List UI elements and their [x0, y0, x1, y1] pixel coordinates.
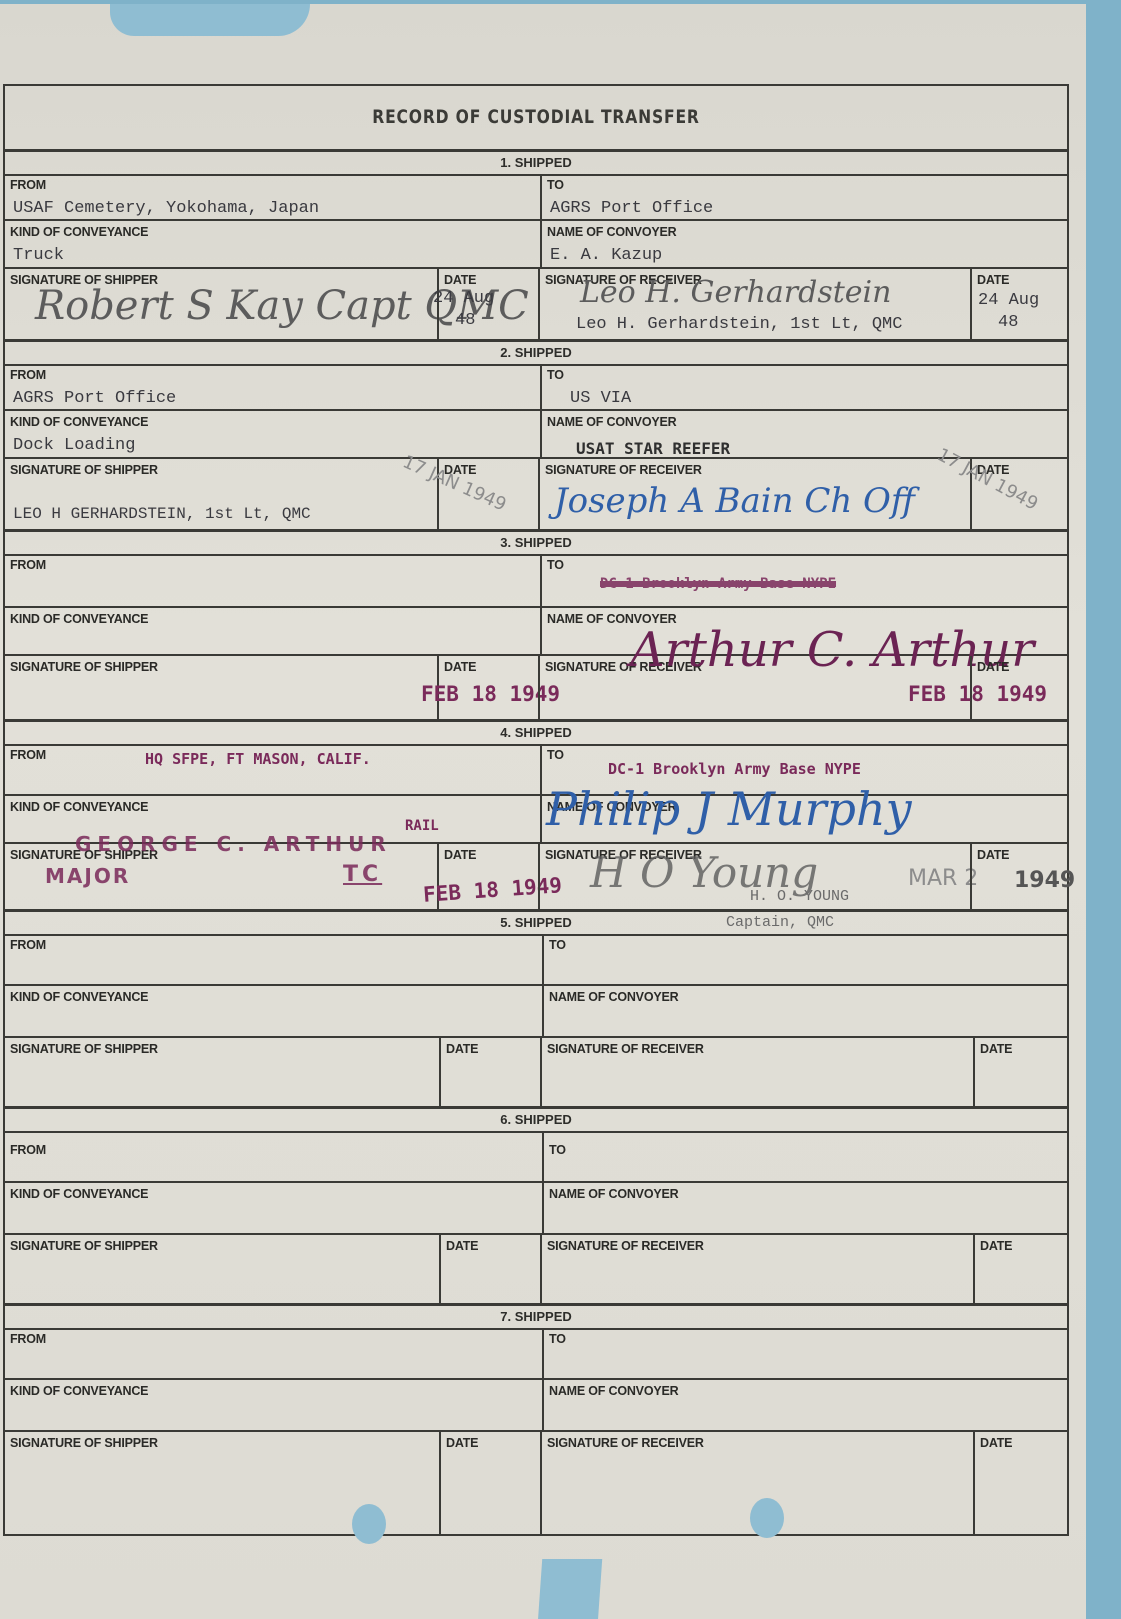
receiver-signature-field[interactable]: SIGNATURE OF RECEIVER H O Young H. O. YO… [538, 844, 972, 909]
to-field[interactable]: TO [542, 934, 1067, 984]
from-field[interactable]: FROM [5, 554, 540, 606]
from-label: FROM [10, 938, 46, 952]
from-label: FROM [10, 558, 46, 572]
section-2: 2. SHIPPED FROM AGRS Port Office TO US V… [5, 339, 1067, 529]
shipper-signature-label: SIGNATURE OF SHIPPER [10, 1436, 158, 1450]
conveyance-value: Truck [13, 246, 64, 265]
convoyer-field[interactable]: NAME OF CONVOYER E. A. Kazup [540, 221, 1067, 267]
section-heading: 5. SHIPPED [5, 909, 1067, 936]
date-label: DATE [444, 273, 476, 287]
conveyance-label: KIND OF CONVEYANCE [10, 612, 148, 626]
conveyance-label: KIND OF CONVEYANCE [10, 800, 148, 814]
from-value: HQ SFPE, FT MASON, CALIF. [145, 750, 371, 768]
convoyer-field[interactable]: NAME OF CONVOYER USAT STAR REEFER [540, 411, 1067, 457]
from-to-row: FROM TO DC-1 Brooklyn Army Base NYPE [5, 554, 1067, 608]
document-page: RECORD OF CUSTODIAL TRANSFER 1. SHIPPED … [0, 4, 1086, 1619]
date-label: DATE [446, 1239, 478, 1253]
date-label: DATE [977, 273, 1009, 287]
shipper-signature-field[interactable]: SIGNATURE OF SHIPPER [5, 1038, 439, 1108]
convoyer-label: NAME OF CONVOYER [549, 1384, 678, 1398]
signature-row: SIGNATURE OF SHIPPER LEO H GERHARDSTEIN,… [5, 459, 1067, 529]
from-label: FROM [10, 178, 46, 192]
conveyance-label: KIND OF CONVEYANCE [10, 990, 148, 1004]
to-label: TO [547, 368, 564, 382]
date-label: DATE [446, 1436, 478, 1450]
to-value: DC-1 Brooklyn Army Base NYPE [608, 760, 861, 778]
conveyance-value: Dock Loading [13, 436, 135, 455]
convoyer-signature: Philip J Murphy [546, 782, 912, 836]
signature-row: SIGNATURE OF SHIPPER DATE SIGNATURE OF R… [5, 1038, 1067, 1108]
from-label: FROM [10, 748, 46, 762]
conveyance-field[interactable]: KIND OF CONVEYANCE [5, 1183, 542, 1233]
receiver-date-stamp-year: 1949 [1014, 868, 1075, 893]
signature-row: SIGNATURE OF SHIPPER Robert S Kay Capt Q… [5, 269, 1067, 339]
from-field[interactable]: FROM [5, 1131, 542, 1181]
convoyer-label: NAME OF CONVOYER [549, 1187, 678, 1201]
shipper-signature-field[interactable]: SIGNATURE OF SHIPPER [5, 656, 437, 719]
shipper-date-field[interactable]: DATE [439, 1432, 542, 1536]
date-label: DATE [444, 848, 476, 862]
conveyance-row: KIND OF CONVEYANCE Dock Loading NAME OF … [5, 411, 1067, 459]
conveyance-row: KIND OF CONVEYANCE Truck NAME OF CONVOYE… [5, 221, 1067, 269]
signature-row: SIGNATURE OF SHIPPER GEORGE C. ARTHUR MA… [5, 844, 1067, 909]
shipper-signature-field[interactable]: SIGNATURE OF SHIPPER LEO H GERHARDSTEIN,… [5, 459, 437, 529]
section-heading: 4. SHIPPED [5, 719, 1067, 746]
section-6: 6. SHIPPED FROM TO KIND OF CONVEYANCE NA… [5, 1106, 1067, 1296]
receiver-signature: Joseph A Bain Ch Off [554, 481, 915, 521]
convoyer-field[interactable]: NAME OF CONVOYER [542, 1380, 1067, 1430]
punch-hole-right [750, 1498, 784, 1538]
receiver-typed-name: Leo H. Gerhardstein, 1st Lt, QMC [576, 315, 902, 334]
date-label: DATE [980, 1239, 1012, 1253]
date-label: DATE [977, 848, 1009, 862]
to-value: US VIA [570, 389, 631, 408]
receiver-signature-label: SIGNATURE OF RECEIVER [547, 1436, 704, 1450]
receiver-signature-label: SIGNATURE OF RECEIVER [547, 1042, 704, 1056]
shipper-date-field[interactable]: DATE 17 JAN 1949 [437, 459, 540, 529]
from-label: FROM [10, 1332, 46, 1346]
receiver-date-day: 24 Aug [978, 291, 1039, 310]
receiver-date-stamp-month: MAR 2 [908, 866, 978, 891]
to-label: TO [549, 1143, 566, 1157]
receiver-signature-field[interactable]: SIGNATURE OF RECEIVER [540, 1038, 975, 1108]
to-label: TO [549, 938, 566, 952]
section-4: 4. SHIPPED FROM HQ SFPE, FT MASON, CALIF… [5, 719, 1067, 909]
receiver-date-field[interactable]: DATE [973, 1432, 1067, 1536]
shipper-date-field[interactable]: DATE [439, 1038, 542, 1108]
from-field[interactable]: FROM [5, 1328, 542, 1378]
conveyance-row: KIND OF CONVEYANCE NAME OF CONVOYER [5, 1183, 1067, 1235]
receiver-date-field[interactable]: DATE [973, 1235, 1067, 1303]
from-to-row: FROM USAF Cemetery, Yokohama, Japan TO A… [5, 174, 1067, 221]
receiver-signature-field[interactable]: SIGNATURE OF RECEIVER [540, 1235, 975, 1303]
conveyance-label: KIND OF CONVEYANCE [10, 1187, 148, 1201]
to-field[interactable]: TO AGRS Port Office [540, 174, 1067, 219]
from-field[interactable]: FROM AGRS Port Office [5, 364, 540, 409]
section-heading: 1. SHIPPED [5, 149, 1067, 176]
receiver-date-field[interactable]: DATE FEB 18 1949 [970, 656, 1067, 719]
shipper-branch-stamp: TC [343, 862, 382, 887]
convoyer-field[interactable]: NAME OF CONVOYER [542, 1183, 1067, 1233]
to-value-struck: DC-1 Brooklyn Army Base NYPE [600, 576, 836, 592]
shipper-typed-name: LEO H GERHARDSTEIN, 1st Lt, QMC [13, 505, 311, 523]
shipper-signature-label: SIGNATURE OF SHIPPER [10, 463, 158, 477]
shipper-date-field[interactable]: DATE FEB 18 1949 [437, 844, 540, 909]
from-label: FROM [10, 368, 46, 382]
to-field[interactable]: TO DC-1 Brooklyn Army Base NYPE [540, 554, 1067, 606]
from-to-row: FROM AGRS Port Office TO US VIA [5, 364, 1067, 411]
receiver-date-field[interactable]: DATE [973, 1038, 1067, 1108]
form-title: RECORD OF CUSTODIAL TRANSFER [101, 106, 972, 128]
shipper-signature-field[interactable]: SIGNATURE OF SHIPPER [5, 1235, 439, 1303]
shipper-rank-stamp: MAJOR [45, 864, 130, 888]
convoyer-field[interactable]: NAME OF CONVOYER [542, 986, 1067, 1036]
custodial-transfer-form: RECORD OF CUSTODIAL TRANSFER 1. SHIPPED … [3, 84, 1069, 1536]
section-heading: 6. SHIPPED [5, 1106, 1067, 1133]
to-field[interactable]: TO [542, 1131, 1067, 1181]
shipper-signature-label: SIGNATURE OF SHIPPER [10, 1239, 158, 1253]
conveyance-field[interactable]: KIND OF CONVEYANCE [5, 1380, 542, 1430]
to-label: TO [547, 748, 564, 762]
receiver-date-field[interactable]: DATE 24 Aug 48 [970, 269, 1067, 339]
signature-row: SIGNATURE OF SHIPPER DATE SIGNATURE OF R… [5, 1235, 1067, 1303]
shipper-signature-field[interactable]: SIGNATURE OF SHIPPER GEORGE C. ARTHUR MA… [5, 844, 437, 909]
shipper-date-field[interactable]: DATE FEB 18 1949 [437, 656, 540, 719]
shipper-date-year: 48 [455, 311, 475, 330]
date-label: DATE [444, 660, 476, 674]
from-to-row: FROM TO [5, 1328, 1067, 1380]
signature-row: SIGNATURE OF SHIPPER DATE FEB 18 1949 SI… [5, 656, 1067, 719]
conveyance-value: RAIL [405, 818, 439, 834]
to-value: AGRS Port Office [550, 199, 713, 218]
from-field[interactable]: FROM USAF Cemetery, Yokohama, Japan [5, 174, 540, 219]
convoyer-label: NAME OF CONVOYER [549, 990, 678, 1004]
convoyer-field[interactable]: NAME OF CONVOYER Philip J Murphy [540, 796, 1067, 842]
date-label: DATE [446, 1042, 478, 1056]
shipper-date-field[interactable]: DATE [439, 1235, 542, 1303]
shipper-signature-label: SIGNATURE OF SHIPPER [10, 1042, 158, 1056]
conveyance-field[interactable]: KIND OF CONVEYANCE Dock Loading [5, 411, 540, 457]
receiver-typed-name: H. O. YOUNG [750, 888, 849, 905]
date-label: DATE [980, 1042, 1012, 1056]
receiver-date-stamp: FEB 18 1949 [908, 682, 1047, 706]
section-1: 1. SHIPPED FROM USAF Cemetery, Yokohama,… [5, 149, 1067, 339]
from-value: AGRS Port Office [13, 389, 176, 408]
section-heading: 3. SHIPPED [5, 529, 1067, 556]
from-to-row: FROM TO [5, 934, 1067, 986]
conveyance-field[interactable]: KIND OF CONVEYANCE [5, 608, 540, 654]
receiver-date-year: 48 [998, 313, 1018, 332]
convoyer-label: NAME OF CONVOYER [547, 415, 676, 429]
conveyance-field[interactable]: KIND OF CONVEYANCE [5, 986, 542, 1036]
receiver-signature-field[interactable]: SIGNATURE OF RECEIVER Joseph A Bain Ch O… [538, 459, 972, 529]
to-label: TO [547, 178, 564, 192]
conveyance-label: KIND OF CONVEYANCE [10, 415, 148, 429]
shipper-date-field[interactable]: DATE 24 Aug 48 [437, 269, 540, 339]
from-field[interactable]: FROM HQ SFPE, FT MASON, CALIF. [5, 744, 540, 794]
shipper-signature-field[interactable]: SIGNATURE OF SHIPPER Robert S Kay Capt Q… [5, 269, 437, 339]
from-value: USAF Cemetery, Yokohama, Japan [13, 199, 319, 218]
to-field[interactable]: TO US VIA [540, 364, 1067, 409]
conveyance-label: KIND OF CONVEYANCE [10, 1384, 148, 1398]
from-field[interactable]: FROM [5, 934, 542, 984]
section-5: 5. SHIPPED FROM TO KIND OF CONVEYANCE NA… [5, 909, 1067, 1099]
receiver-date-field[interactable]: DATE 1949 [970, 844, 1067, 909]
shipper-signature-label: SIGNATURE OF SHIPPER [10, 660, 158, 674]
from-to-row: FROM TO [5, 1131, 1067, 1183]
section-heading: 2. SHIPPED [5, 339, 1067, 366]
receiver-date-field[interactable]: DATE 17 JAN 1949 [970, 459, 1067, 529]
to-label: TO [547, 558, 564, 572]
receiver-signature-field[interactable]: SIGNATURE OF RECEIVER Leo H. Gerhardstei… [538, 269, 972, 339]
receiver-signature-label: SIGNATURE OF RECEIVER [545, 463, 702, 477]
receiver-signature: Leo H. Gerhardstein [580, 275, 891, 310]
conveyance-label: KIND OF CONVEYANCE [10, 225, 148, 239]
date-label: DATE [977, 660, 1009, 674]
conveyance-row: KIND OF CONVEYANCE NAME OF CONVOYER [5, 986, 1067, 1038]
to-label: TO [549, 1332, 566, 1346]
receiver-signature-field[interactable]: SIGNATURE OF RECEIVER Arthur C. Arthur [538, 656, 972, 719]
section-7: 7. SHIPPED FROM TO KIND OF CONVEYANCE NA… [5, 1303, 1067, 1536]
shipper-name-stamp: GEORGE C. ARTHUR [75, 832, 392, 856]
section-heading: 7. SHIPPED [5, 1303, 1067, 1330]
receiver-signature-label: SIGNATURE OF RECEIVER [547, 1239, 704, 1253]
conveyance-row: KIND OF CONVEYANCE NAME OF CONVOYER [5, 1380, 1067, 1432]
to-field[interactable]: TO [542, 1328, 1067, 1378]
shipper-date-day: 24 Aug [433, 289, 494, 308]
punch-hole-left [352, 1504, 386, 1544]
section-3: 3. SHIPPED FROM TO DC-1 Brooklyn Army Ba… [5, 529, 1067, 719]
date-label: DATE [980, 1436, 1012, 1450]
torn-edge [110, 4, 310, 36]
convoyer-value: E. A. Kazup [550, 246, 662, 265]
from-label: FROM [10, 1143, 46, 1157]
conveyance-field[interactable]: KIND OF CONVEYANCE Truck [5, 221, 540, 267]
tape-strip [538, 1559, 602, 1619]
signature-row: SIGNATURE OF SHIPPER DATE SIGNATURE OF R… [5, 1432, 1067, 1536]
convoyer-label: NAME OF CONVOYER [547, 225, 676, 239]
convoyer-value: USAT STAR REEFER [576, 439, 730, 458]
